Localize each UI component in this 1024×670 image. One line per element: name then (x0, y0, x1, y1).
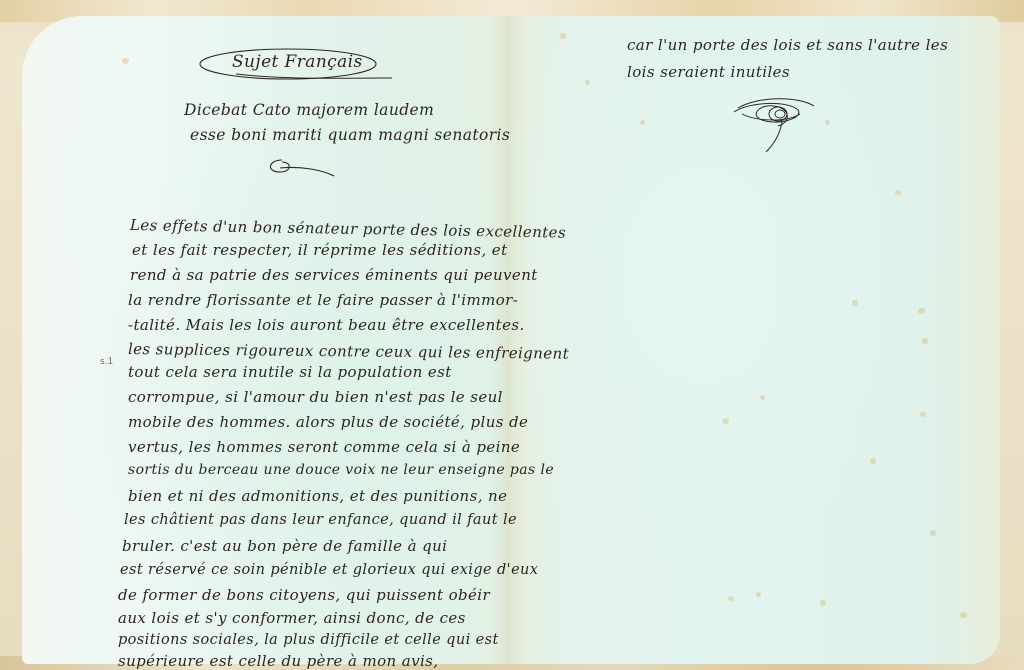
divider-flourish (262, 154, 342, 180)
body-line: la rendre florissante et le faire passer… (128, 291, 518, 309)
body-line: corrompue, si l'amour du bien n'est pas … (128, 388, 503, 406)
body-line: -talité. Mais les lois auront beau être … (128, 316, 525, 334)
foxing-stain (585, 80, 590, 85)
body-line: les châtient pas dans leur enfance, quan… (124, 512, 517, 528)
body-line: bien et ni des admonitions, et des punit… (128, 487, 507, 505)
foxing-stain (722, 418, 729, 424)
foxing-stain (728, 596, 734, 601)
foxing-stain (918, 308, 925, 314)
foxing-stain (640, 120, 645, 125)
margin-note: s.1 (100, 357, 113, 367)
body-line: car l'un porte des lois et sans l'autre … (627, 36, 948, 54)
foxing-stain (922, 338, 928, 344)
foxing-stain (820, 600, 826, 606)
foxing-stain (760, 395, 765, 400)
body-line: tout cela sera inutile si la population … (128, 363, 452, 381)
foxing-stain (122, 58, 129, 64)
foxing-stain (560, 33, 566, 39)
foxing-stain (756, 592, 761, 597)
body-line: est réservé ce soin pénible et glorieux … (120, 562, 538, 578)
body-line: de former de bons citoyens, qui puissent… (118, 586, 490, 604)
body-line: et les fait respecter, il réprime les sé… (132, 241, 508, 259)
body-line: vertus, les hommes seront comme cela si … (128, 438, 520, 456)
foxing-stain (920, 412, 926, 417)
foxing-stain (930, 530, 936, 536)
body-line: bruler. c'est au bon père de famille à q… (122, 537, 447, 555)
epigraph-line: Dicebat Cato majorem laudem (184, 101, 434, 119)
foxing-stain (870, 458, 876, 464)
body-line: sortis du berceau une douce voix ne leur… (128, 462, 554, 478)
body-line: positions sociales, la plus difficile et… (118, 632, 499, 648)
body-line: supérieure est celle du père à mon avis, (118, 652, 438, 670)
foxing-stain (895, 190, 901, 195)
body-line: mobile des hommes. alors plus de société… (128, 413, 528, 431)
body-line: aux lois et s'y conformer, ainsi donc, d… (118, 609, 466, 627)
heading: Sujet Français (232, 52, 363, 72)
foxing-stain (852, 300, 858, 306)
body-line: rend à sa patrie des services éminents q… (130, 266, 538, 284)
signature-flourish-icon (728, 92, 824, 156)
epigraph-line: esse boni mariti quam magni senatoris (190, 126, 510, 144)
manuscript-spread: Sujet Français Dicebat Cato majorem laud… (0, 0, 1024, 670)
foxing-stain (825, 120, 830, 125)
body-line: lois seraient inutiles (627, 63, 790, 81)
foxing-stain (960, 612, 967, 618)
